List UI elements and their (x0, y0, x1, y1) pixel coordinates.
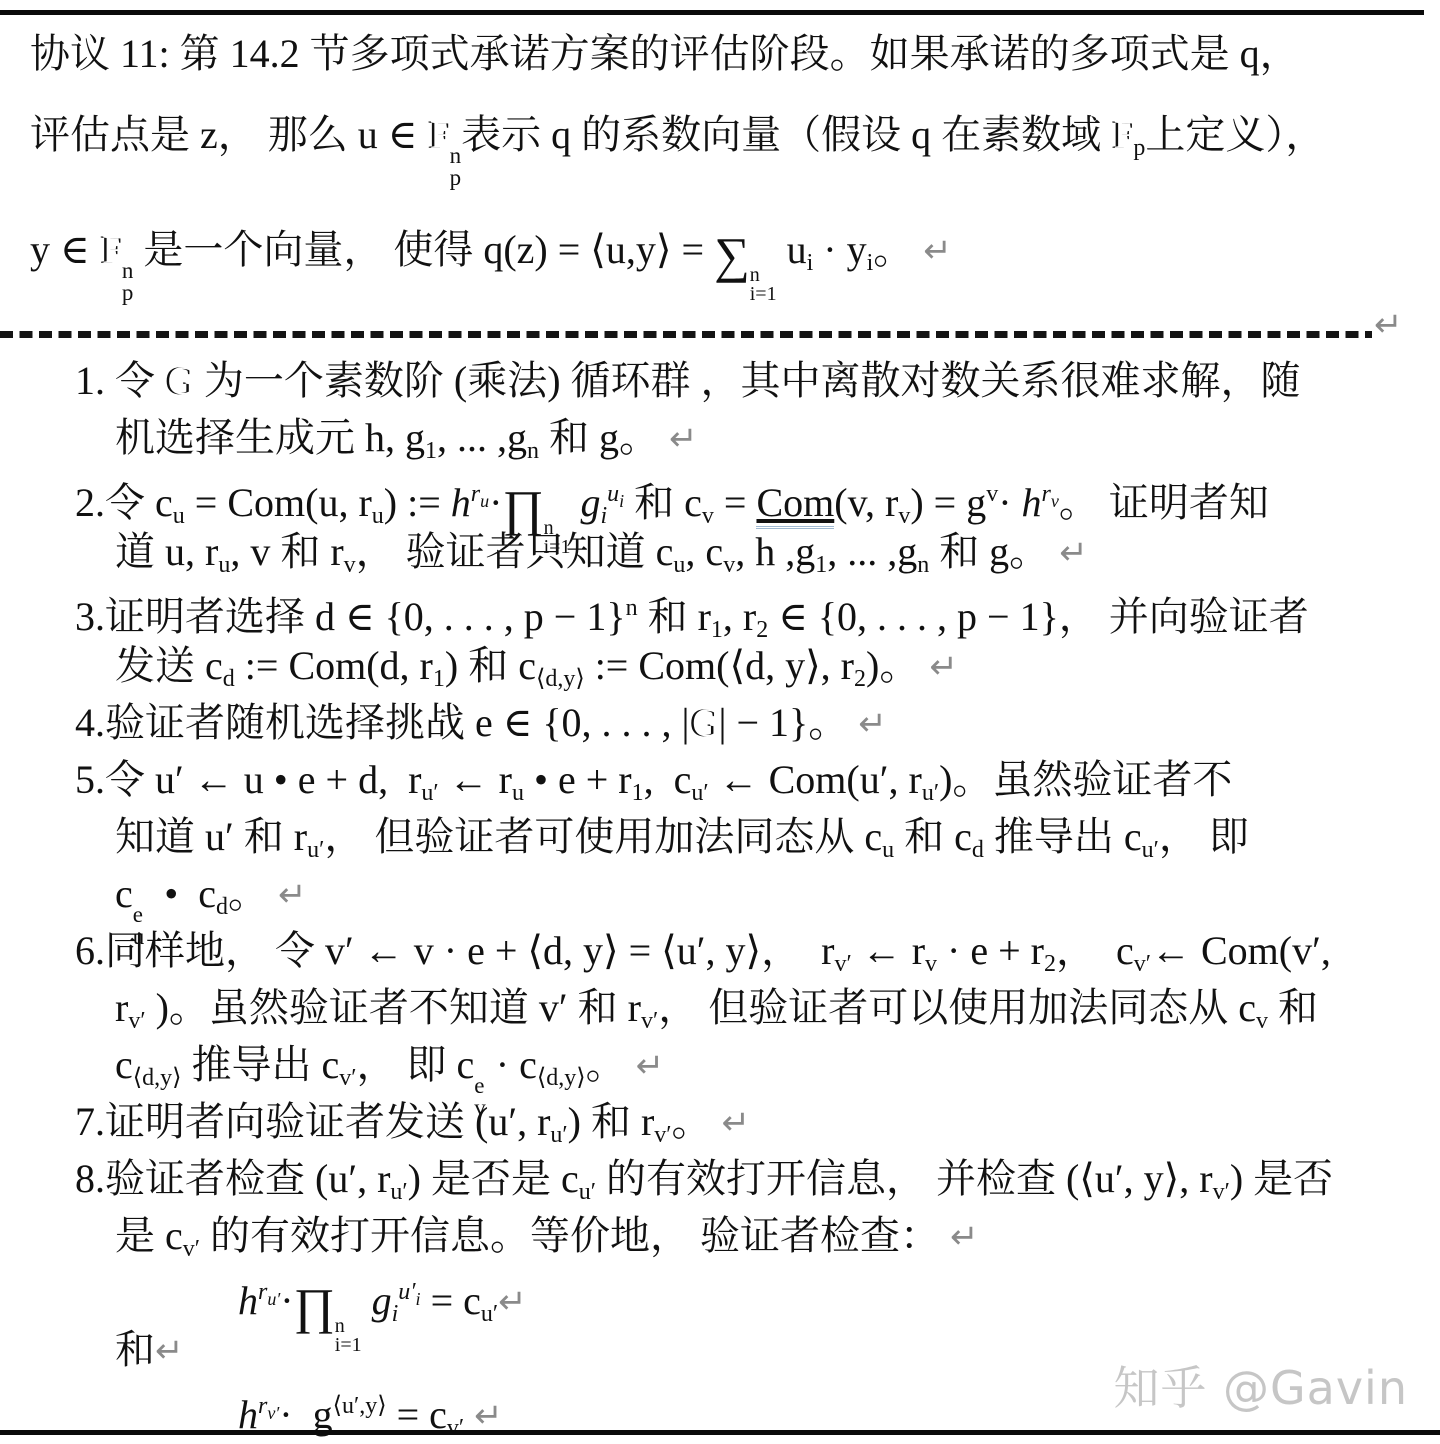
return-mark-icon: ↵ (669, 419, 698, 459)
double-struck-letter: GG (690, 694, 719, 751)
double-struck-letter: GG (165, 352, 194, 409)
dashed-separator-line (0, 331, 1372, 338)
header-line: y ∈ FFnp 是一个向量， 使得 q(z) = ⟨u,y⟩ = ∑ni=1 … (30, 218, 952, 304)
text-line: ceu • cd。 ↵ (30, 865, 1440, 922)
com-underlined-text: Com (756, 480, 834, 529)
text-line: 是 cv′ 的有效打开信息。等价地， 验证者检查： ↵ (30, 1207, 1440, 1264)
text-line: hru′·∏ni=1 giu′i = cu′↵ (30, 1264, 1440, 1321)
watermark: 知乎 @Gavin (1113, 1352, 1408, 1418)
header-line: 协议 11: 第 14.2 节多项式承诺方案的评估阶段。如果承诺的多项式是 q， (30, 22, 1300, 79)
document-page: 协议 11: 第 14.2 节多项式承诺方案的评估阶段。如果承诺的多项式是 q，… (0, 0, 1440, 1444)
double-struck-letter: FF (100, 226, 122, 273)
text-line: 8.验证者检查 (u′, ru′) 是否是 cu′ 的有效打开信息， 并检查 (… (30, 1150, 1440, 1207)
return-mark-icon: ↵ (278, 875, 307, 915)
text-line: 1. 令 GG 为一个素数阶 (乘法) 循环群 ，其中离散对数关系很难求解，随 (30, 352, 1440, 409)
double-struck-letter: FF (427, 111, 449, 158)
text-line: 4.验证者随机选择挑战 e ∈ {0, . . . , |GG| − 1}。 ↵ (30, 694, 1440, 751)
protocol-steps-list: 1. 令 GG 为一个素数阶 (乘法) 循环群 ，其中离散对数关系很难求解，随机… (30, 352, 1440, 1435)
text-line: 7.证明者向验证者发送 (u′, ru′) 和 rv′。 ↵ (30, 1093, 1440, 1150)
double-struck-letter: FF (1111, 111, 1133, 158)
text-line: 5.令 u′ ← u • e + d, ru′ ← ru • e + r1, c… (30, 751, 1440, 808)
top-border-rule (0, 10, 1424, 15)
text-line: 发送 cd := Com(d, r1) 和 c⟨d,y⟩ := Com(⟨d, … (30, 637, 1440, 694)
return-mark-icon: ↵ (498, 1282, 527, 1322)
return-mark-icon: ↵ (1374, 305, 1403, 345)
text-line: rv′ )。虽然验证者不知道 v′ 和 rv′， 但验证者可以使用加法同态从 c… (30, 979, 1440, 1036)
text-line: 知道 u′ 和 ru′， 但验证者可使用加法同态从 cu 和 cd 推导出 cu… (30, 808, 1440, 865)
bottom-border-rule (0, 1430, 1440, 1435)
text-line: 6.同样地， 令 v′ ← v · e + ⟨d, y⟩ = ⟨u′, y⟩， … (30, 922, 1440, 979)
text-line: 道 u, ru, v 和 rv， 验证者只知道 cu, cv, h ,g1, .… (30, 523, 1440, 580)
text-line: 机选择生成元 h, g1, ... ,gn 和 g。 ↵ (30, 409, 1440, 466)
text-line: 3.证明者选择 d ∈ {0, . . . , p − 1}n 和 r1, r2… (30, 580, 1440, 637)
return-mark-icon: ↵ (722, 1103, 751, 1143)
header-line: 评估点是 z， 那么 u ∈ FFnp表示 q 的系数向量（假设 q 在素数域 … (30, 103, 1325, 189)
return-mark-icon: ↵ (636, 1046, 665, 1086)
return-mark-icon: ↵ (950, 1217, 979, 1257)
return-mark-icon: ↵ (858, 704, 887, 744)
return-mark-icon: ↵ (923, 231, 952, 271)
text-line: c⟨d,y⟩ 推导出 cv′， 即 cev · c⟨d,y⟩。 ↵ (30, 1036, 1440, 1093)
return-mark-icon: ↵ (1059, 533, 1088, 573)
text-line: 2.令 cu = Com(u, ru) := hru·∏ni=1 giui 和 … (30, 466, 1440, 523)
return-mark-icon: ↵ (155, 1331, 184, 1371)
return-mark-icon: ↵ (929, 647, 958, 687)
